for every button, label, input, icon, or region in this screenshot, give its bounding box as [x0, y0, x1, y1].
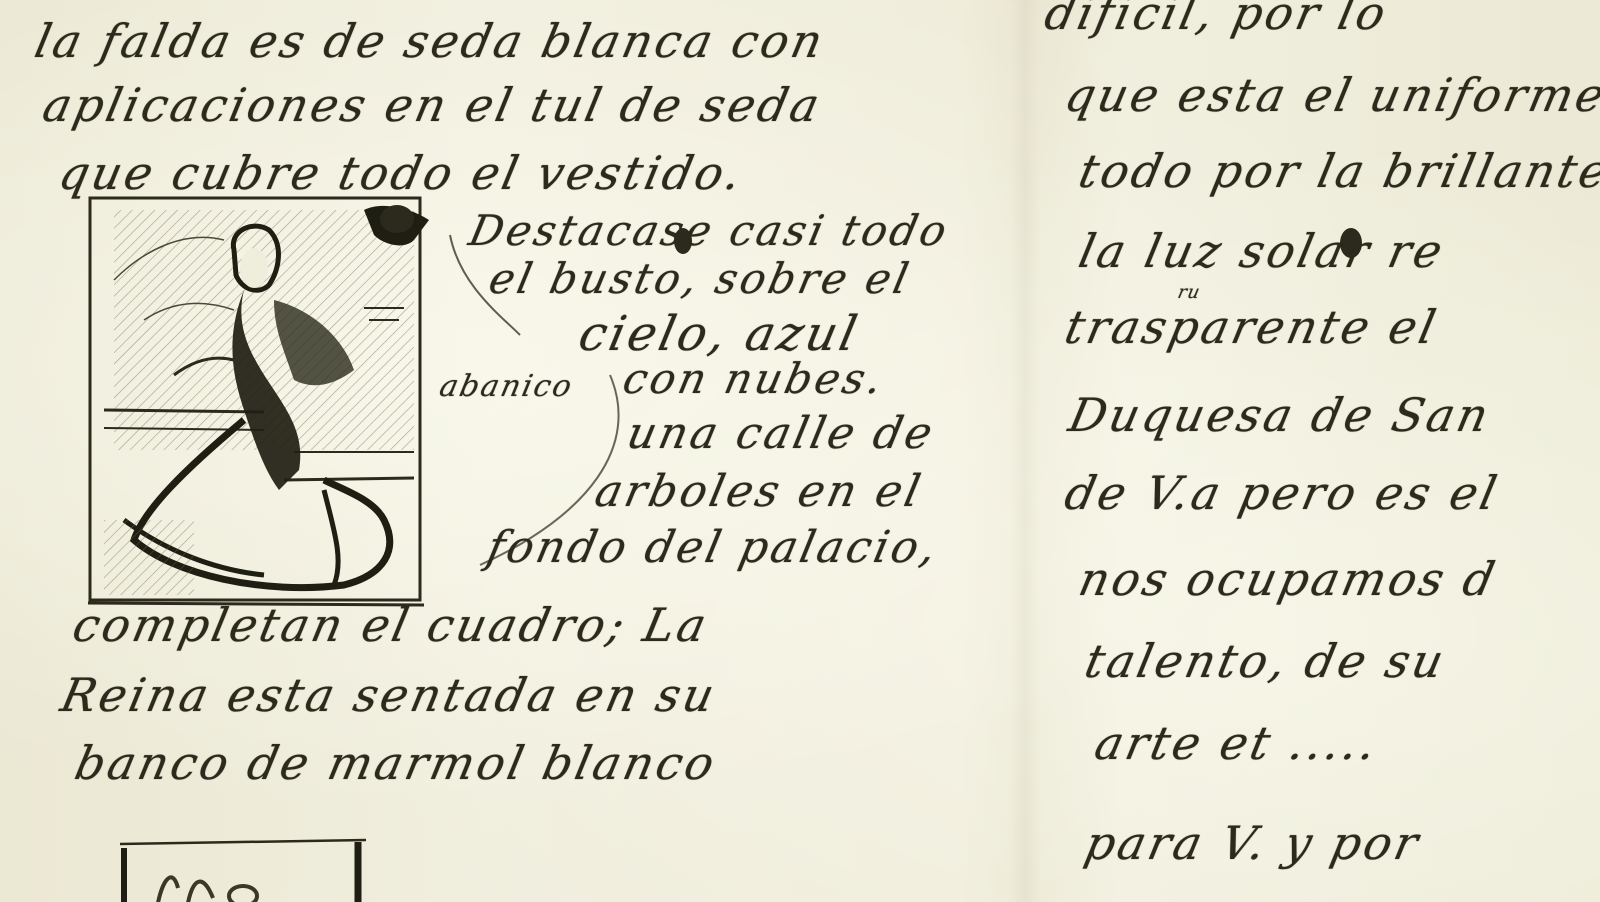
bracket-stroke: [440, 225, 640, 575]
handwritten-line: la luz solar re: [1075, 228, 1449, 274]
handwritten-line: para V. y por: [1081, 820, 1425, 866]
handwritten-line: que esta el uniforme: [1061, 72, 1600, 118]
handwritten-line: nos ocupamos d: [1075, 556, 1501, 602]
handwritten-line: banco de marmol blanco: [71, 740, 721, 786]
handwritten-line: dificil, por lo: [1041, 0, 1392, 36]
handwritten-line: aplicaciones en el tul de seda: [39, 82, 826, 128]
handwritten-line: la falda es de seda blanca con: [31, 18, 829, 64]
handwritten-line: arte et .....: [1091, 720, 1383, 766]
partial-sketch-box: [118, 838, 368, 902]
handwritten-line: una calle de: [623, 412, 939, 456]
sketch-drawing: [84, 190, 429, 610]
handwritten-line: trasparente el: [1061, 304, 1442, 350]
handwritten-line: Duquesa de San: [1065, 392, 1495, 438]
ink-blot: [380, 205, 414, 233]
ink-blot: [674, 228, 692, 254]
handwritten-line: de V.a pero es el: [1061, 470, 1503, 516]
handwritten-line: talento, de su: [1081, 638, 1450, 684]
ink-sketch-seated-queen: [84, 190, 429, 610]
handwritten-line: Reina esta sentada en su: [57, 672, 721, 718]
handwritten-line: con nubes.: [620, 358, 889, 400]
handwritten-line: todo por la brillante: [1075, 148, 1600, 194]
handwritten-line: arboles en el: [591, 470, 926, 514]
page-fold: [1010, 0, 1040, 902]
